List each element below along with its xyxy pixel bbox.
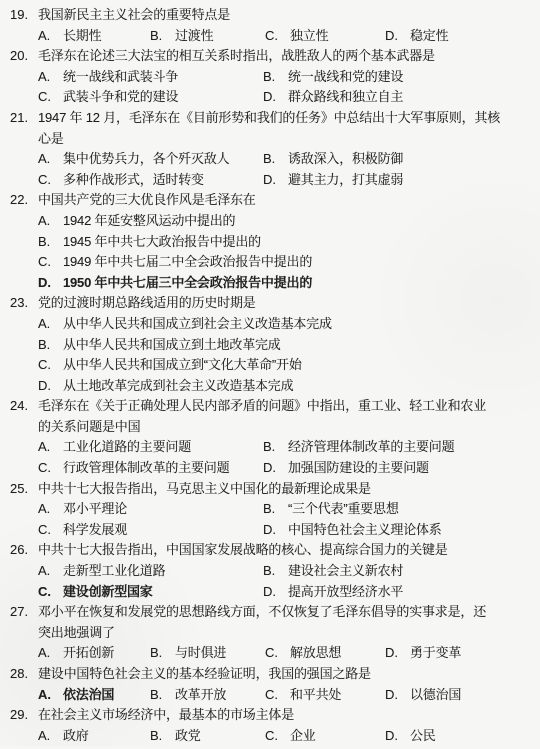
option: D.从土地改革完成到社会主义改造基本完成	[38, 376, 534, 397]
options-row: A.工业化道路的主要问题B.经济管理体制改革的主要问题C.行政管理体制改革的主要…	[38, 437, 534, 478]
option-label: C.	[38, 355, 54, 376]
option: B.建设社会主义新农村	[263, 561, 534, 582]
option: A.集中优势兵力，各个歼灭敌人	[38, 149, 263, 170]
question-line: 26.中共十七大报告指出，中国国家发展战略的核心、提高综合国力的关键是	[38, 540, 534, 561]
option-text: 武装斗争和党的建设	[63, 89, 178, 104]
option-text: “三个代表”重要思想	[288, 501, 399, 516]
option-text: 走新型工业化道路	[63, 563, 165, 578]
question: 26.中共十七大报告指出，中国国家发展战略的核心、提高综合国力的关键是A.走新型…	[10, 540, 534, 602]
question: 28.建设中国特色社会主义的基本经验证明，我国的强国之路是A.依法治国B.改革开…	[10, 664, 534, 705]
question-line: 25.中共十七大报告指出，马克思主义中国化的最新理论成果是	[38, 479, 534, 500]
question-text: 建设中国特色社会主义的基本经验证明，我国的强国之路是	[38, 666, 371, 681]
option: D.公民	[385, 726, 534, 747]
option-text: 科学发展观	[63, 522, 127, 537]
option-text: 依法治国	[63, 687, 114, 702]
option-label: D.	[263, 170, 279, 191]
option-label: B.	[263, 499, 279, 520]
option-label: A.	[38, 643, 54, 664]
option: B.与时俱进	[150, 643, 265, 664]
option: C.多种作战形式，适时转变	[38, 170, 263, 191]
question-line: 28.建设中国特色社会主义的基本经验证明，我国的强国之路是	[38, 664, 534, 685]
option-label: B.	[150, 643, 166, 664]
option-label: B.	[150, 26, 166, 47]
option: D.加强国防建设的主要问题	[263, 458, 534, 479]
options-row: A.依法治国B.改革开放C.和平共处D.以德治国	[38, 685, 534, 706]
question-line: 27.邓小平在恢复和发展党的思想路线方面，不仅恢复了毛泽东倡导的实事求是，还	[38, 602, 534, 623]
option-label: C.	[38, 458, 54, 479]
option-label: C.	[38, 252, 54, 273]
option: A.工业化道路的主要问题	[38, 437, 263, 458]
option: B.1945 年中共七大政治报告中提出的	[38, 232, 534, 253]
option-label: A.	[38, 437, 54, 458]
option-text: 以德治国	[410, 687, 461, 702]
options-row: A.集中优势兵力，各个歼灭敌人B.诱敌深入，积极防御C.多种作战形式，适时转变D…	[38, 149, 534, 190]
question-text: 中共十七大报告指出，中国国家发展战略的核心、提高综合国力的关键是	[38, 542, 448, 557]
option: B.过渡性	[150, 26, 265, 47]
question-line: 29.在社会主义市场经济中，最基本的市场主体是	[38, 705, 534, 726]
option-label: D.	[263, 87, 279, 108]
option-text: 多种作战形式，适时转变	[63, 172, 204, 187]
option-text: 1949 年中共七届二中全会政治报告中提出的	[63, 254, 312, 269]
option-text: 从土地改革完成到社会主义改造基本完成	[63, 378, 293, 393]
option-text: 从中华人民共和国成立到社会主义改造基本完成	[63, 316, 332, 331]
question: 23.党的过渡时期总路线适用的历史时期是A.从中华人民共和国成立到社会主义改造基…	[10, 293, 534, 396]
option: A.政府	[38, 726, 150, 747]
options-row: A.从中华人民共和国成立到社会主义改造基本完成B.从中华人民共和国成立到土地改革…	[38, 314, 534, 396]
question-number: 26.	[10, 540, 28, 561]
option-label: B.	[263, 149, 279, 170]
options-row: A.统一战线和武装斗争B.统一战线和党的建设C.武装斗争和党的建设D.群众路线和…	[38, 67, 534, 108]
option-text: 开拓创新	[63, 645, 114, 660]
option: A.依法治国	[38, 685, 150, 706]
question-line: 心是	[38, 129, 534, 150]
question-number: 25.	[10, 479, 28, 500]
option-label: A.	[38, 726, 54, 747]
options-row: A.邓小平理论B.“三个代表”重要思想C.科学发展观D.中国特色社会主义理论体系	[38, 499, 534, 540]
option-text: 与时俱进	[175, 645, 226, 660]
question-text: 中共十七大报告指出，马克思主义中国化的最新理论成果是	[38, 481, 371, 496]
question: 21.1947 年 12 月，毛泽东在《目前形势和我们的任务》中总结出十大军事原…	[10, 108, 534, 190]
option-text: 行政管理体制改革的主要问题	[63, 460, 229, 475]
option-text: 过渡性	[175, 28, 213, 43]
option-text: 1942 年延安整风运动中提出的	[63, 213, 235, 228]
option: D.避其主力，打其虚弱	[263, 170, 534, 191]
option-text: 加强国防建设的主要问题	[288, 460, 429, 475]
question-line: 23.党的过渡时期总路线适用的历史时期是	[38, 293, 534, 314]
option-text: 解放思想	[290, 645, 341, 660]
option-label: B.	[38, 335, 54, 356]
option-text: 群众路线和独立自主	[288, 89, 403, 104]
option: A.1942 年延安整风运动中提出的	[38, 211, 534, 232]
question-text: 在社会主义市场经济中，最基本的市场主体是	[38, 707, 294, 722]
option: A.统一战线和武装斗争	[38, 67, 263, 88]
question-text: 毛泽东在论述三大法宝的相互关系时指出，战胜敌人的两个基本武器是	[38, 48, 435, 63]
question: 25.中共十七大报告指出，马克思主义中国化的最新理论成果是A.邓小平理论B.“三…	[10, 479, 534, 541]
option-label: A.	[38, 685, 54, 706]
option-label: D.	[38, 273, 54, 294]
option-label: A.	[38, 67, 54, 88]
question-text: 中国共产党的三大优良作风是毛泽东在	[38, 192, 256, 207]
option: C.科学发展观	[38, 520, 263, 541]
option: D.中国特色社会主义理论体系	[263, 520, 534, 541]
option-label: C.	[38, 520, 54, 541]
option: C.武装斗争和党的建设	[38, 87, 263, 108]
option-label: D.	[385, 643, 401, 664]
option: A.邓小平理论	[38, 499, 263, 520]
option-label: C.	[265, 643, 281, 664]
option-label: C.	[265, 26, 281, 47]
option-text: 1945 年中共七大政治报告中提出的	[63, 234, 261, 249]
option-text: 政府	[63, 728, 89, 743]
option-text: 统一战线和党的建设	[288, 69, 403, 84]
exam-questions-list: 19.我国新民主主义社会的重要特点是A.长期性B.过渡性C.独立性D.稳定性20…	[0, 0, 540, 746]
question-number: 24.	[10, 396, 28, 417]
options-row: A.走新型工业化道路B.建设社会主义新农村C.建设创新型国家D.提高开放型经济水…	[38, 561, 534, 602]
option-text: 从中华人民共和国成立到“文化大革命”开始	[63, 357, 302, 372]
option-label: D.	[263, 520, 279, 541]
option-text: 1950 年中共七届三中全会政治报告中提出的	[63, 275, 312, 290]
question-line: 的关系问题是中国	[38, 417, 534, 438]
option: A.走新型工业化道路	[38, 561, 263, 582]
option-text: 建设创新型国家	[63, 584, 153, 599]
option: B.政党	[150, 726, 265, 747]
option-label: C.	[265, 685, 281, 706]
option: A.开拓创新	[38, 643, 150, 664]
option-label: A.	[38, 561, 54, 582]
option: D.勇于变革	[385, 643, 534, 664]
option-label: B.	[150, 726, 166, 747]
option: D.以德治国	[385, 685, 534, 706]
option-text: 工业化道路的主要问题	[63, 439, 191, 454]
option-label: C.	[38, 170, 54, 191]
question: 22.中国共产党的三大优良作风是毛泽东在A.1942 年延安整风运动中提出的B.…	[10, 190, 534, 293]
option-label: B.	[38, 232, 54, 253]
option: B.统一战线和党的建设	[263, 67, 534, 88]
question-line: 突出地强调了	[38, 623, 534, 644]
option: B.改革开放	[150, 685, 265, 706]
option-text: 邓小平理论	[63, 501, 127, 516]
question-number: 23.	[10, 293, 28, 314]
option: A.从中华人民共和国成立到社会主义改造基本完成	[38, 314, 534, 335]
question-line: 19.我国新民主主义社会的重要特点是	[38, 5, 534, 26]
option: D.群众路线和独立自主	[263, 87, 534, 108]
question: 27.邓小平在恢复和发展党的思想路线方面，不仅恢复了毛泽东倡导的实事求是，还突出…	[10, 602, 534, 664]
option-label: D.	[385, 685, 401, 706]
option: B.“三个代表”重要思想	[263, 499, 534, 520]
question-number: 19.	[10, 5, 28, 26]
question-line: 20.毛泽东在论述三大法宝的相互关系时指出，战胜敌人的两个基本武器是	[38, 46, 534, 67]
question-number: 22.	[10, 190, 28, 211]
option: C.建设创新型国家	[38, 582, 263, 603]
options-row: A.开拓创新B.与时俱进C.解放思想D.勇于变革	[38, 643, 534, 664]
option-text: 经济管理体制改革的主要问题	[288, 439, 454, 454]
option-text: 长期性	[63, 28, 101, 43]
question-number: 29.	[10, 705, 28, 726]
option-text: 稳定性	[410, 28, 448, 43]
option: D.提高开放型经济水平	[263, 582, 534, 603]
option-text: 从中华人民共和国成立到土地改革完成	[63, 337, 281, 352]
option-label: C.	[38, 87, 54, 108]
question-number: 21.	[10, 108, 28, 129]
question-text: 毛泽东在《关于正确处理人民内部矛盾的问题》中指出，重工业、轻工业和农业	[38, 398, 486, 413]
option-label: A.	[38, 26, 54, 47]
question-text: 党的过渡时期总路线适用的历史时期是	[38, 295, 256, 310]
question: 29.在社会主义市场经济中，最基本的市场主体是A.政府B.政党C.企业D.公民	[10, 705, 534, 746]
option: C.企业	[265, 726, 385, 747]
question-number: 28.	[10, 664, 28, 685]
question-text: 的关系问题是中国	[38, 419, 140, 434]
option-label: D.	[263, 582, 279, 603]
option: C.和平共处	[265, 685, 385, 706]
option-label: B.	[263, 437, 279, 458]
question-text: 突出地强调了	[38, 625, 115, 640]
option-text: 诱敌深入，积极防御	[288, 151, 403, 166]
question-number: 27.	[10, 602, 28, 623]
options-row: A.政府B.政党C.企业D.公民	[38, 726, 534, 747]
option-label: D.	[385, 726, 401, 747]
question-text: 1947 年 12 月，毛泽东在《目前形势和我们的任务》中总结出十大军事原则，其…	[38, 110, 500, 125]
option-text: 中国特色社会主义理论体系	[288, 522, 442, 537]
question-text: 我国新民主主义社会的重要特点是	[38, 7, 230, 22]
option-label: D.	[385, 26, 401, 47]
question-line: 24.毛泽东在《关于正确处理人民内部矛盾的问题》中指出，重工业、轻工业和农业	[38, 396, 534, 417]
option-text: 公民	[410, 728, 436, 743]
option-text: 建设社会主义新农村	[288, 563, 403, 578]
question-line: 22.中国共产党的三大优良作风是毛泽东在	[38, 190, 534, 211]
scanned-exam-page: { "page": { "background_color": "#f6f6f4…	[0, 0, 540, 749]
option-text: 和平共处	[290, 687, 341, 702]
option: C.从中华人民共和国成立到“文化大革命”开始	[38, 355, 534, 376]
option-label: B.	[263, 561, 279, 582]
question: 19.我国新民主主义社会的重要特点是A.长期性B.过渡性C.独立性D.稳定性	[10, 5, 534, 46]
option: D.稳定性	[385, 26, 534, 47]
option-label: A.	[38, 314, 54, 335]
option-text: 提高开放型经济水平	[288, 584, 403, 599]
option-label: A.	[38, 211, 54, 232]
option: B.经济管理体制改革的主要问题	[263, 437, 534, 458]
options-row: A.长期性B.过渡性C.独立性D.稳定性	[38, 26, 534, 47]
option-text: 企业	[290, 728, 316, 743]
option-label: D.	[38, 376, 54, 397]
option: C.行政管理体制改革的主要问题	[38, 458, 263, 479]
option: B.从中华人民共和国成立到土地改革完成	[38, 335, 534, 356]
options-row: A.1942 年延安整风运动中提出的B.1945 年中共七大政治报告中提出的C.…	[38, 211, 534, 293]
option-label: A.	[38, 149, 54, 170]
question: 24.毛泽东在《关于正确处理人民内部矛盾的问题》中指出，重工业、轻工业和农业的关…	[10, 396, 534, 478]
option: D.1950 年中共七届三中全会政治报告中提出的	[38, 273, 534, 294]
option: C.1949 年中共七届二中全会政治报告中提出的	[38, 252, 534, 273]
option-label: A.	[38, 499, 54, 520]
question-line: 21.1947 年 12 月，毛泽东在《目前形势和我们的任务》中总结出十大军事原…	[38, 108, 534, 129]
option: C.独立性	[265, 26, 385, 47]
option-text: 改革开放	[175, 687, 226, 702]
option: A.长期性	[38, 26, 150, 47]
option-text: 统一战线和武装斗争	[63, 69, 178, 84]
option-label: B.	[150, 685, 166, 706]
question-number: 20.	[10, 46, 28, 67]
question-text: 心是	[38, 131, 64, 146]
option-label: C.	[265, 726, 281, 747]
option-text: 集中优势兵力，各个歼灭敌人	[63, 151, 229, 166]
option: B.诱敌深入，积极防御	[263, 149, 534, 170]
question-text: 邓小平在恢复和发展党的思想路线方面，不仅恢复了毛泽东倡导的实事求是，还	[38, 604, 486, 619]
option-text: 政党	[175, 728, 201, 743]
option-label: D.	[263, 458, 279, 479]
question: 20.毛泽东在论述三大法宝的相互关系时指出，战胜敌人的两个基本武器是A.统一战线…	[10, 46, 534, 108]
option-label: B.	[263, 67, 279, 88]
option-label: C.	[38, 582, 54, 603]
option-text: 避其主力，打其虚弱	[288, 172, 403, 187]
option-text: 勇于变革	[410, 645, 461, 660]
option: C.解放思想	[265, 643, 385, 664]
option-text: 独立性	[290, 28, 328, 43]
